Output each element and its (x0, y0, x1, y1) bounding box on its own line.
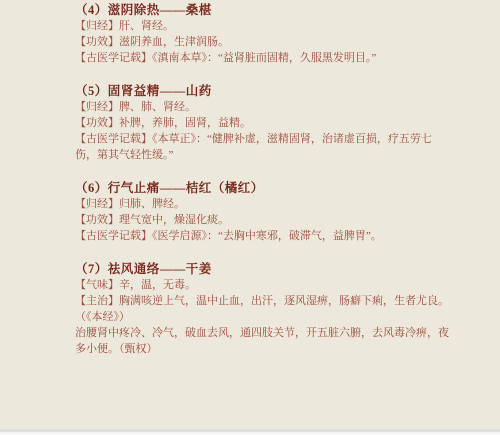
section-herb-7: （7）祛风通络——干姜 【气味】辛，温，无毒。 【主治】胸满咳逆上气，温中止血，… (75, 261, 465, 357)
section-heading: （4）滋阴除热——桑椹 (75, 2, 465, 18)
section-heading: （5）固肾益精——山药 (75, 83, 465, 99)
section-heading: （7）祛风通络——干姜 (75, 261, 465, 277)
text-line: 多小便。（甄权） (75, 341, 465, 357)
text-line: 【古医学记载】《滇南本草》：“益肾脏而固精，久服黑发明目。” (75, 50, 465, 66)
document-photo: （4）滋阴除热——桑椹 【归经】肝、肾经。 【功效】滋阴养血，生津润肠。 【古医… (0, 0, 500, 435)
text-line: 治腰肾中疼冷、冷气，破血去风，通四肢关节，开五脏六腑，去风毒冷痹，夜 (75, 325, 465, 341)
text-line: 【功效】补脾，养肺，固肾，益精。 (75, 115, 465, 131)
text-line: （《本经》） (75, 309, 465, 325)
text-line: 伤，第其气轻性缓。” (75, 147, 465, 163)
section-herb-4: （4）滋阴除热——桑椹 【归经】肝、肾经。 【功效】滋阴养血，生津润肠。 【古医… (75, 2, 465, 66)
photo-bottom-edge (0, 429, 500, 435)
text-line: 【古医学记载】《医学启源》：“去胸中寒邪，破滞气，益脾胃”。 (75, 228, 465, 244)
section-herb-5: （5）固肾益精——山药 【归经】脾、肺、肾经。 【功效】补脾，养肺，固肾，益精。… (75, 83, 465, 163)
text-line: 【功效】理气宽中，燥湿化痰。 (75, 212, 465, 228)
text-line: 【古医学记载】《本草正》：“健脾补虚，滋精固肾，治诸虚百损，疗五劳七 (75, 131, 465, 147)
text-line: 【归经】归肺、脾经。 (75, 196, 465, 212)
section-herb-6: （6）行气止痛——桔红（橘红） 【归经】归肺、脾经。 【功效】理气宽中，燥湿化痰… (75, 180, 465, 244)
text-line: 【主治】胸满咳逆上气，温中止血，出汗，逐风湿痹，肠癖下痢，生者尤良。 (75, 293, 465, 309)
text-line: 【归经】脾、肺、肾经。 (75, 99, 465, 115)
document-content: （4）滋阴除热——桑椹 【归经】肝、肾经。 【功效】滋阴养血，生津润肠。 【古医… (75, 2, 465, 357)
text-line: 【归经】肝、肾经。 (75, 18, 465, 34)
text-line: 【气味】辛，温，无毒。 (75, 277, 465, 293)
text-line: 【功效】滋阴养血，生津润肠。 (75, 34, 465, 50)
section-heading: （6）行气止痛——桔红（橘红） (75, 180, 465, 196)
